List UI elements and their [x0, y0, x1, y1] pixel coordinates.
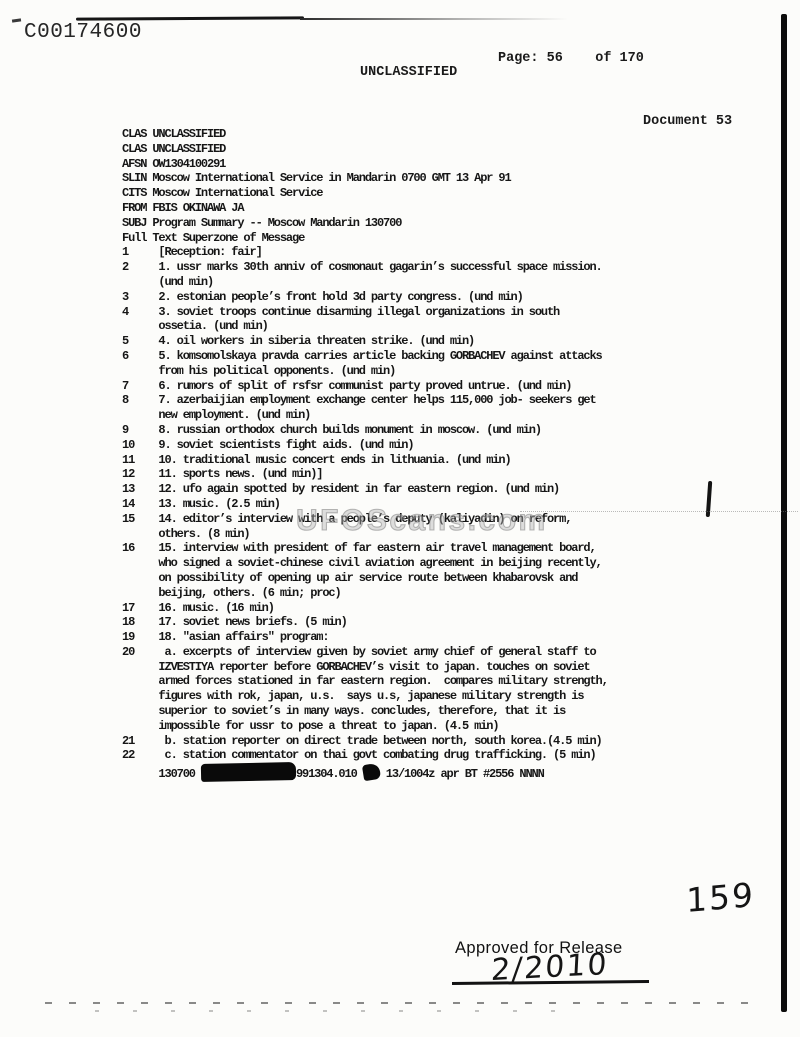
- document-line: 13 12. ufo again spotted by resident in …: [122, 482, 608, 497]
- document-number-label: Document 53: [643, 114, 732, 129]
- scan-bottom-noise: [95, 1010, 575, 1012]
- redacted-line-suffix: 13/1004z apr BT #2556 NNNN: [380, 767, 544, 781]
- page-counter: Page: 56 of 170: [498, 51, 644, 66]
- handwritten-page-number: 159: [686, 875, 755, 920]
- document-line: impossible for ussr to pose a threat to …: [122, 719, 608, 734]
- document-line: beijing, others. (6 min; proc): [122, 586, 608, 601]
- document-line: 12 11. sports news. (und min)]: [122, 467, 608, 482]
- document-line: (und min): [122, 275, 608, 290]
- document-line: CITS Moscow International Service: [122, 186, 608, 201]
- redaction-block-large: [201, 762, 296, 782]
- document-line: 22 c. station commentator on thai govt c…: [122, 748, 608, 763]
- scanned-document-page: C00174600 Page: 56 of 170 UNCLASSIFIED D…: [0, 0, 800, 1037]
- document-line: 18 17. soviet news briefs. (5 min): [122, 615, 608, 630]
- scan-bottom-noise: [45, 1002, 760, 1004]
- ufoscans-watermark: UFOScans.com: [296, 504, 548, 538]
- document-line: 2 1. ussr marks 30th anniv of cosmonaut …: [122, 260, 608, 275]
- scan-scratch-line: [76, 16, 304, 20]
- document-line: 21 b. station reporter on direct trade b…: [122, 734, 608, 749]
- redaction-block-small: [362, 763, 381, 781]
- document-line: IZVESTIYA reporter before GORBACHEV’s vi…: [122, 660, 608, 675]
- redacted-line-prefix: 130700: [122, 767, 201, 781]
- document-line: 19 18. "asian affairs" program:: [122, 630, 608, 645]
- document-line: 8 7. azerbaijian employment exchange cen…: [122, 393, 608, 408]
- scan-edge-line: [781, 14, 787, 1012]
- document-line: 11 10. traditional music concert ends in…: [122, 453, 608, 468]
- document-line: 6 5. komsomolskaya pravda carries articl…: [122, 349, 608, 364]
- document-line: 10 9. soviet scientists fight aids. (und…: [122, 438, 608, 453]
- document-line: figures with rok, japan, u.s. says u.s, …: [122, 689, 608, 704]
- scan-scratch-line-fade: [300, 18, 568, 20]
- document-line: 1 [Reception: fair]: [122, 245, 608, 260]
- document-line: 5 4. oil workers in siberia threaten str…: [122, 334, 608, 349]
- redacted-line-middle: 991304.010: [296, 767, 363, 781]
- document-line-redacted: 130700 991304.010 13/1004z apr BT #2556 …: [122, 763, 608, 778]
- document-line: 9 8. russian orthodox church builds monu…: [122, 423, 608, 438]
- document-body: CLAS UNCLASSIFIEDCLAS UNCLASSIFIEDAFSN O…: [122, 127, 608, 778]
- document-line: 4 3. soviet troops continue disarming il…: [122, 305, 608, 320]
- scan-dotted-line: [520, 511, 798, 512]
- document-line: 7 6. rumors of split of rsfsr communist …: [122, 379, 608, 394]
- document-line: FROM FBIS OKINAWA JA: [122, 201, 608, 216]
- document-line: 16 15. interview with president of far e…: [122, 541, 608, 556]
- document-line: new employment. (und min): [122, 408, 608, 423]
- document-line: SUBJ Program Summary -- Moscow Mandarin …: [122, 216, 608, 231]
- document-line: SLIN Moscow International Service in Man…: [122, 171, 608, 186]
- document-line: who signed a soviet-chinese civil aviati…: [122, 556, 608, 571]
- document-line: CLAS UNCLASSIFIED: [122, 142, 608, 157]
- document-line: CLAS UNCLASSIFIED: [122, 127, 608, 142]
- document-line: from his political opponents. (und min): [122, 364, 608, 379]
- scan-id: C00174600: [24, 21, 142, 44]
- document-line: on possibility of opening up air service…: [122, 571, 608, 586]
- document-line: 3 2. estonian people’s front hold 3d par…: [122, 290, 608, 305]
- scan-mark-dash: [12, 18, 21, 22]
- classification-header: UNCLASSIFIED: [360, 65, 457, 80]
- document-line: AFSN OW1304100291: [122, 157, 608, 172]
- document-line: 20 a. excerpts of interview given by sov…: [122, 645, 608, 660]
- document-body-lines: CLAS UNCLASSIFIEDCLAS UNCLASSIFIEDAFSN O…: [122, 127, 608, 763]
- document-line: ossetia. (und min): [122, 319, 608, 334]
- document-line: armed forces stationed in far eastern re…: [122, 674, 608, 689]
- document-line: superior to soviet’s in many ways. concl…: [122, 704, 608, 719]
- document-line: 17 16. music. (16 min): [122, 601, 608, 616]
- document-line: Full Text Superzone of Message: [122, 231, 608, 246]
